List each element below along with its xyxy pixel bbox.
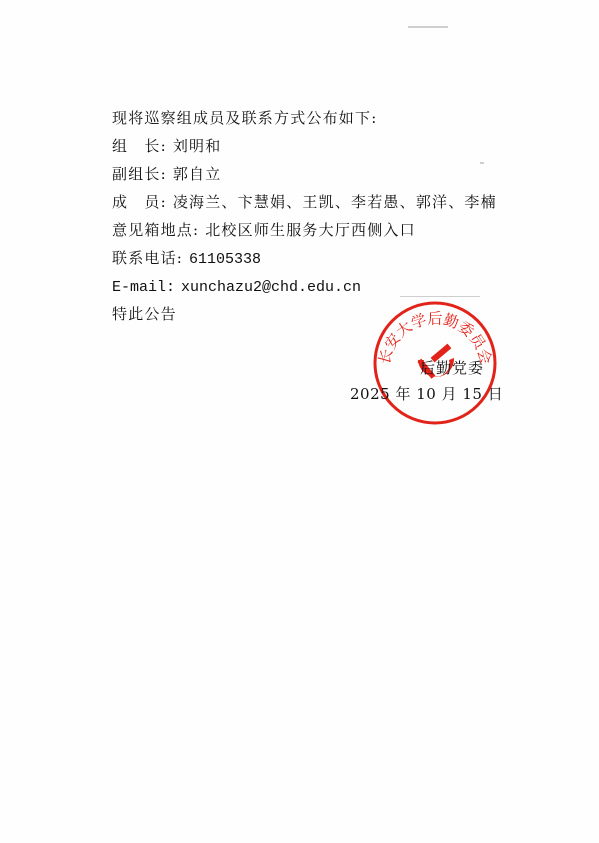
scan-artifact	[408, 26, 448, 28]
phone-number: 61105338	[189, 250, 261, 270]
deputy-leader-label: 副组长:	[112, 164, 167, 184]
email-line: E-mail: xunchazu2@chd.edu.cn	[112, 276, 361, 298]
members-line: 成 员: 凌海兰、卞慧娟、王凯、李若愚、郭洋、李楠	[112, 192, 497, 212]
email-label: E-mail:	[112, 278, 175, 298]
signer: 后勤党委	[420, 358, 484, 378]
document-page: 现将巡察组成员及联系方式公布如下: 组 长: 刘明和 副组长: 郭自立 成 员:…	[0, 0, 599, 843]
deputy-leader-name: 郭自立	[173, 164, 222, 184]
intro-line: 现将巡察组成员及联系方式公布如下:	[112, 108, 377, 128]
closing-text: 特此公告	[112, 305, 177, 323]
mailbox-location: 北校区师生服务大厅西侧入口	[205, 220, 416, 240]
mailbox-label: 意见箱地点:	[112, 220, 199, 240]
intro-text: 现将巡察组成员及联系方式公布如下:	[112, 109, 377, 127]
leader-line: 组 长: 刘明和	[112, 136, 221, 156]
email-address[interactable]: xunchazu2@chd.edu.cn	[181, 278, 361, 298]
phone-line: 联系电话: 61105338	[112, 248, 261, 270]
deputy-leader-line: 副组长: 郭自立	[112, 164, 221, 184]
leader-label: 组 长:	[112, 136, 167, 156]
members-label: 成 员:	[112, 192, 167, 212]
mailbox-line: 意见箱地点: 北校区师生服务大厅西侧入口	[112, 220, 416, 240]
scan-artifact	[480, 162, 484, 164]
leader-name: 刘明和	[173, 136, 222, 156]
scan-artifact	[400, 296, 480, 297]
phone-label: 联系电话:	[112, 248, 183, 268]
issue-date: 2025 年 10 月 15 日	[350, 384, 503, 404]
closing-line: 特此公告	[112, 304, 177, 324]
members-names: 凌海兰、卞慧娟、王凯、李若愚、郭洋、李楠	[173, 192, 497, 212]
